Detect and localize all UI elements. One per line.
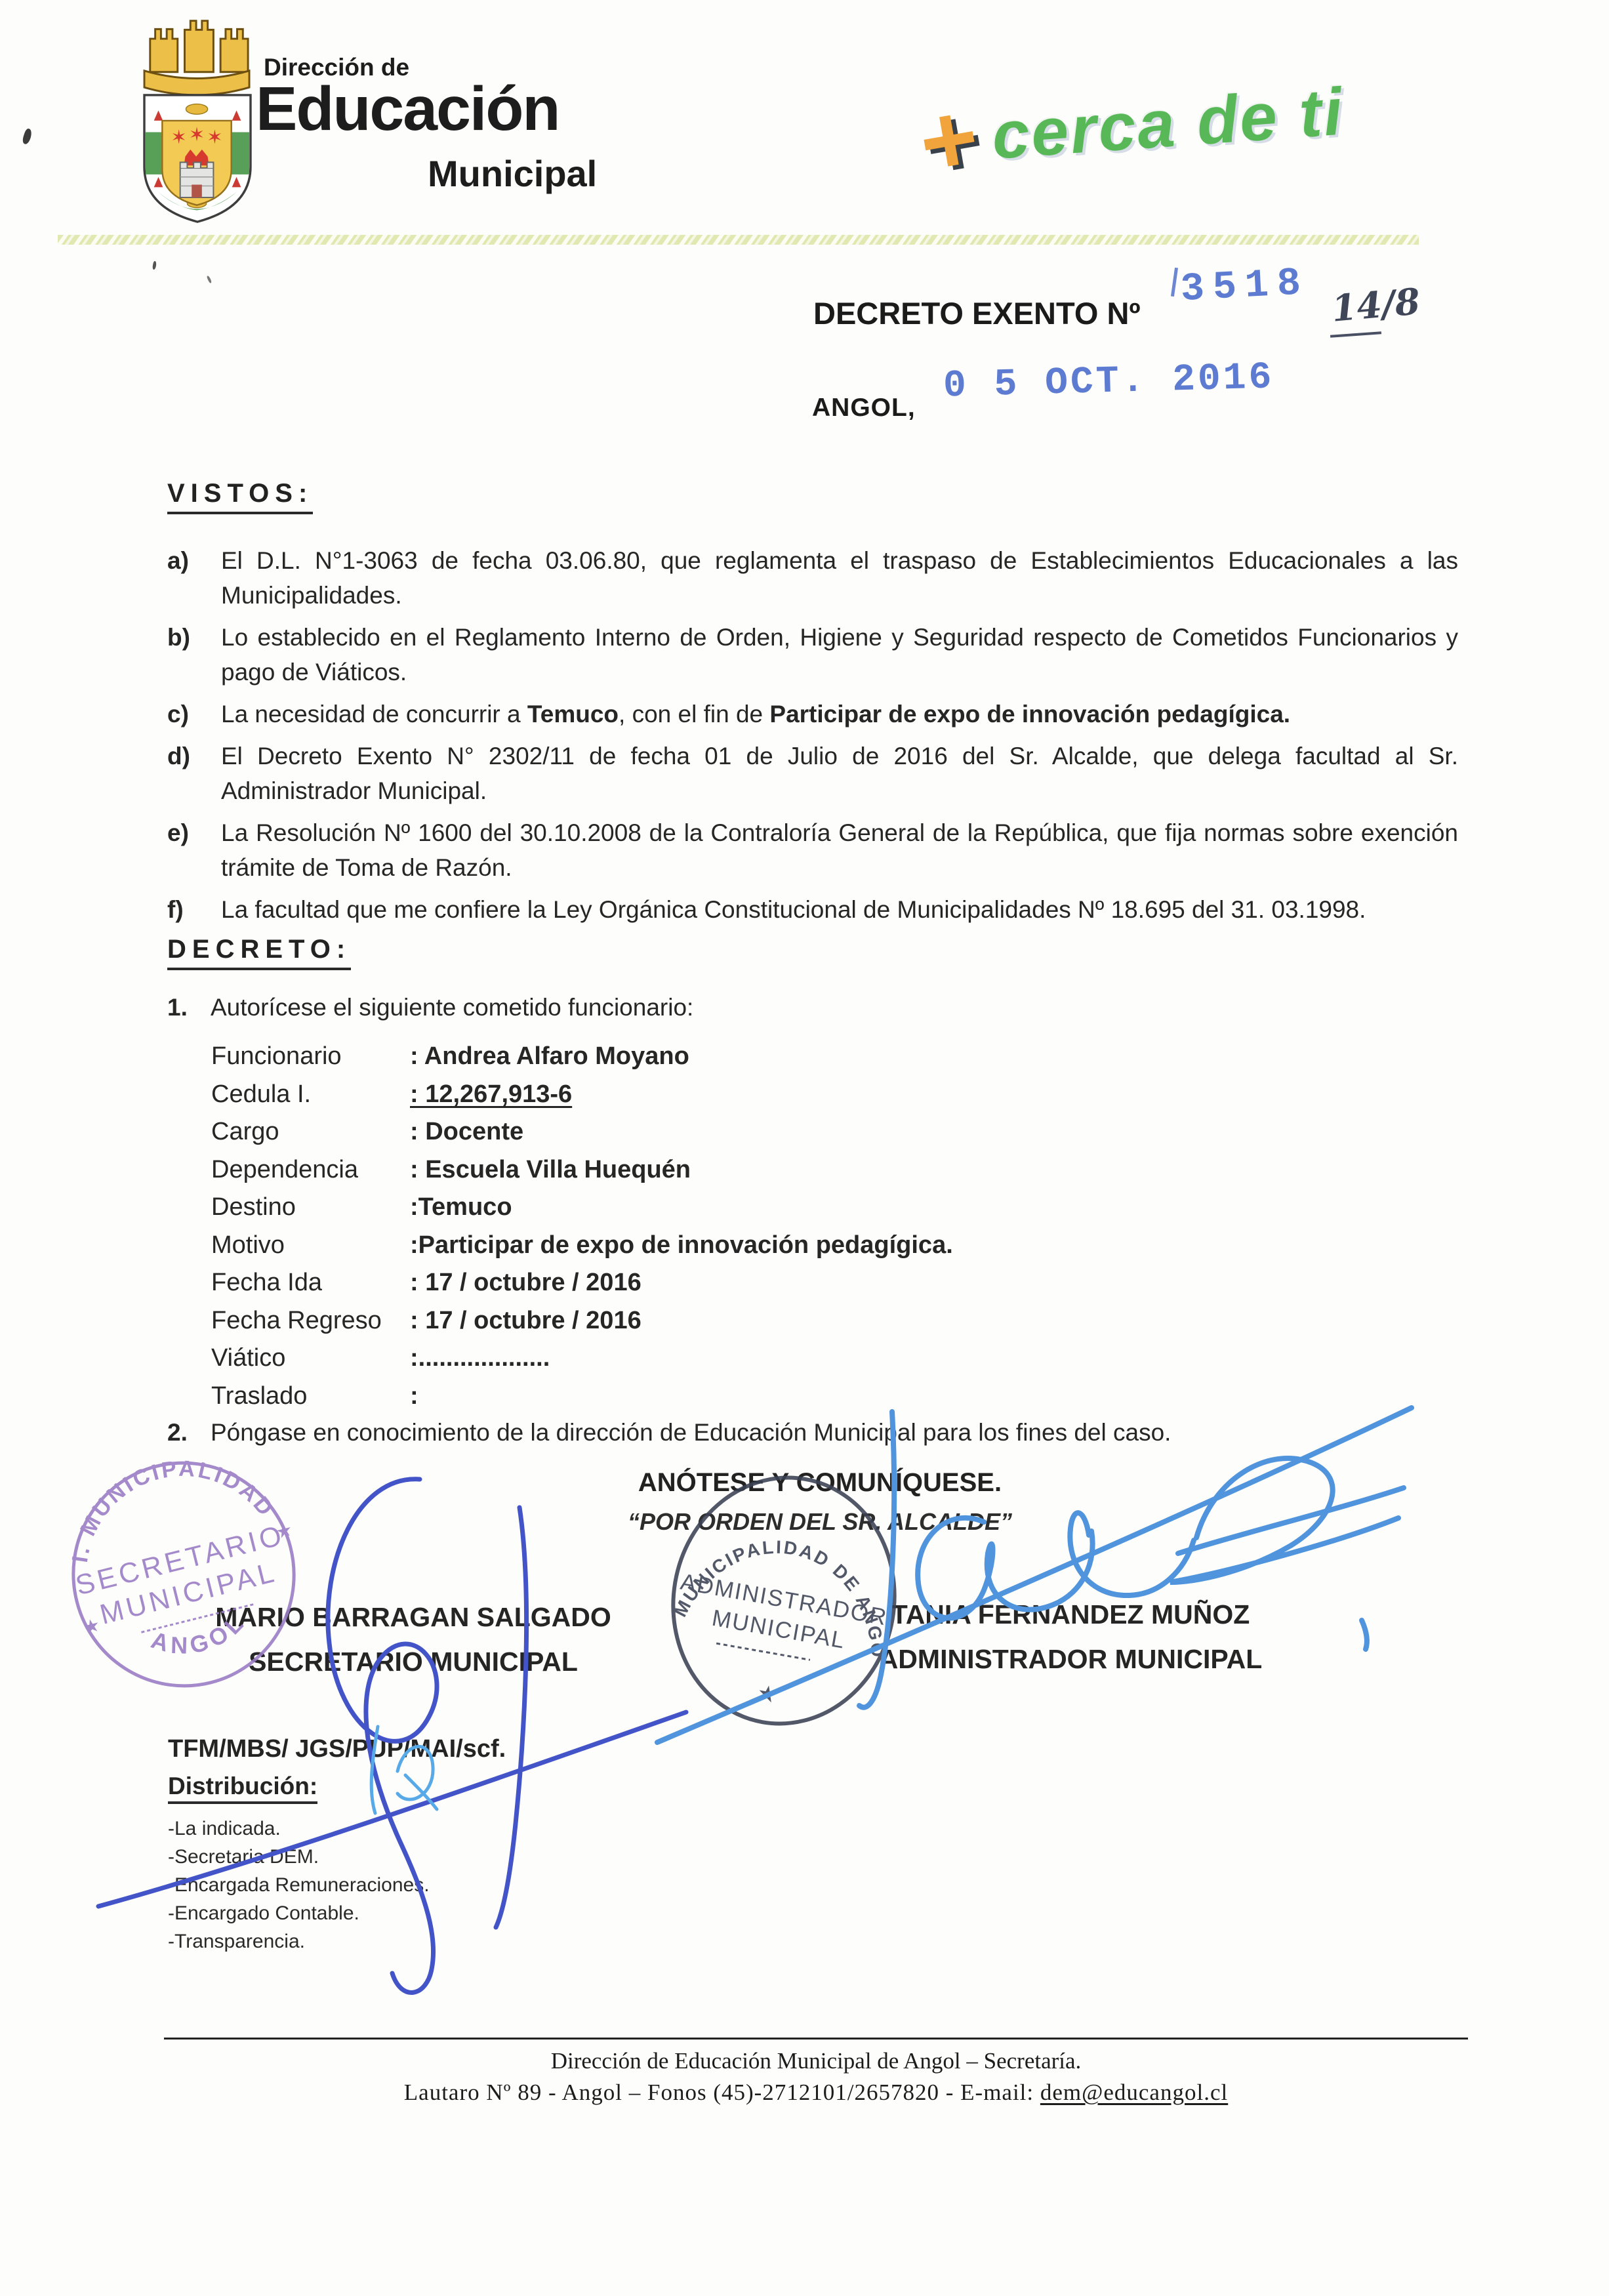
stamp-left-star-icon: ★ [81, 1614, 102, 1639]
por-orden-line: “POR ORDEN DEL SR. ALCALDE” [617, 1508, 1023, 1536]
detail-row: Fecha Ida: 17 / octubre / 2016 [211, 1264, 1195, 1302]
vistos-item: d)El Decreto Exento N° 2302/11 de fecha … [167, 739, 1458, 808]
crest-castle [180, 162, 214, 197]
vistos-list: a)El D.L. N°1-3063 de fecha 03.06.80, qu… [167, 543, 1458, 934]
date-stamp: 0 5 OCT. 2016 [943, 356, 1274, 407]
detail-label: Cedula I. [211, 1076, 410, 1114]
signer-name-left: MARIO BARRAGAN SALGADO [210, 1602, 617, 1632]
detail-label: Dependencia [211, 1151, 410, 1189]
logo-text-line3: Municipal [428, 152, 597, 195]
vistos-item-text: El D.L. N°1-3063 de fecha 03.06.80, que … [221, 543, 1458, 613]
ink-speck [22, 128, 33, 145]
vistos-item-text: Lo establecido en el Reglamento Interno … [221, 620, 1458, 689]
detail-value: :................... [410, 1340, 1195, 1378]
detail-label: Funcionario [211, 1038, 410, 1076]
decree-title: DECRETO EXENTO Nº [813, 295, 1141, 331]
detail-label: Fecha Ida [211, 1264, 410, 1302]
vistos-item-text: La Resolución Nº 1600 del 30.10.2008 de … [221, 815, 1458, 885]
decreto-item-1: 1. Autorícese el siguiente cometido func… [167, 991, 1463, 1025]
detail-row: Fecha Regreso: 17 / octubre / 2016 [211, 1302, 1195, 1340]
slogan-cerca-de-ti: + cerca de ti [917, 63, 1348, 191]
detail-label: Viático [211, 1340, 410, 1378]
detail-row: Cargo: Docente [211, 1113, 1195, 1151]
stamp-stray-mark [1171, 268, 1178, 297]
green-wave-divider [58, 235, 1419, 245]
detail-row: Destino:Temuco [211, 1189, 1195, 1227]
shield-icon: ✶✶✶ [144, 95, 251, 222]
footer-address: Lautaro Nº 89 - Angol – Fonos (45)-27121… [404, 2080, 1040, 2105]
detail-rows: Funcionario: Andrea Alfaro MoyanoCedula … [211, 1038, 1195, 1415]
crest-stars: ✶✶✶ [171, 123, 222, 148]
plus-icon: + [912, 86, 985, 193]
vistos-item-text: La facultad que me confiere la Ley Orgán… [221, 892, 1458, 927]
crown-icon [144, 21, 249, 95]
ink-speck [152, 261, 157, 270]
vistos-item-label: a) [167, 543, 221, 613]
vistos-item-label: c) [167, 697, 221, 731]
vistos-item: b)Lo establecido en el Reglamento Intern… [167, 620, 1458, 689]
detail-row: Funcionario: Andrea Alfaro Moyano [211, 1038, 1195, 1076]
detail-value: : 17 / octubre / 2016 [410, 1302, 1195, 1340]
footer-email: dem@educangol.cl [1040, 2080, 1228, 2105]
decreto-item-2: 2. Póngase en conocimiento de la direcci… [167, 1416, 1463, 1450]
distribution-item: -Encargada Remuneraciones. [168, 1871, 430, 1899]
vistos-item-text: El Decreto Exento N° 2302/11 de fecha 01… [221, 739, 1458, 808]
municipal-crest-logo: ✶✶✶ [119, 13, 275, 224]
decree-number-handwritten: 14/8 [1330, 279, 1421, 330]
detail-label: Cargo [211, 1113, 410, 1151]
vistos-item: a)El D.L. N°1-3063 de fecha 03.06.80, qu… [167, 543, 1458, 613]
detail-row: Dependencia: Escuela Villa Huequén [211, 1151, 1195, 1189]
signature-ink-right [657, 1408, 1412, 1742]
detail-label: Fecha Regreso [211, 1302, 410, 1340]
footer-divider [164, 2038, 1468, 2040]
stamp-center-star-icon: ★ [755, 1679, 779, 1709]
initials-line: TFM/MBS/ JGS/PUP/MAI/scf. [168, 1735, 506, 1763]
distribution-item: -La indicada. [168, 1814, 430, 1843]
vistos-item: c)La necesidad de concurrir a Temuco, co… [167, 697, 1458, 731]
scanned-decree-page: ✶✶✶ Dirección de Educación Municipal + c… [0, 0, 1609, 2296]
detail-label: Destino [211, 1189, 410, 1227]
decreto-item-2-number: 2. [167, 1416, 211, 1450]
signer-name-right: TANIA FERNANDEZ MUÑOZ [847, 1599, 1293, 1630]
footer-line1: Dirección de Educación Municipal de Ango… [164, 2048, 1468, 2074]
distribution-item: -Transparencia. [168, 1927, 430, 1956]
svg-text:✶: ✶ [207, 126, 223, 148]
vistos-item: e)La Resolución Nº 1600 del 30.10.2008 d… [167, 815, 1458, 885]
detail-value: : Escuela Villa Huequén [410, 1151, 1195, 1189]
decreto-item-1-text: Autorícese el siguiente cometido funcion… [211, 991, 1463, 1025]
detail-label: Motivo [211, 1227, 410, 1265]
svg-text:✶: ✶ [171, 126, 187, 148]
detail-row: Viático:................... [211, 1340, 1195, 1378]
detail-row: Traslado: [211, 1378, 1195, 1416]
stamp-center-line2: MUNICIPAL [710, 1605, 847, 1654]
detail-row: Cedula I.: 12,267,913-6 [211, 1076, 1195, 1114]
slogan-text: cerca de ti [989, 72, 1347, 175]
vistos-item-text: La necesidad de concurrir a Temuco, con … [221, 697, 1458, 731]
place-label: ANGOL, [812, 394, 916, 422]
decreto-heading: DECRETO: [167, 935, 351, 970]
detail-value: : 17 / octubre / 2016 [410, 1264, 1195, 1302]
distribution-item: -Secretaria DEM. [168, 1843, 430, 1871]
decree-number-stamp: 3518 [1179, 261, 1310, 312]
anotese-line: ANÓTESE Y COMUNÍQUESE. [617, 1468, 1023, 1498]
handwritten-underline [1330, 331, 1381, 337]
signature-block-right: TANIA FERNANDEZ MUÑOZ ADMINISTRADOR MUNI… [847, 1599, 1293, 1674]
vistos-heading: VISTOS: [167, 479, 313, 514]
signature-block-left: MARIO BARRAGAN SALGADO SECRETARIO MUNICI… [210, 1602, 617, 1677]
vistos-item-label: b) [167, 620, 221, 689]
vistos-item-label: d) [167, 739, 221, 808]
vistos-item: f)La facultad que me confiere la Ley Org… [167, 892, 1458, 927]
ink-speck [207, 276, 213, 284]
detail-value: : [410, 1378, 1195, 1416]
distribution-item: -Encargado Contable. [168, 1899, 430, 1927]
signer-title-left: SECRETARIO MUNICIPAL [210, 1647, 617, 1677]
stamp-left-center1: SECRETARIO [73, 1519, 288, 1602]
detail-value: :Participar de expo de innovación pedagí… [410, 1227, 1195, 1265]
detail-value: : 12,267,913-6 [410, 1076, 1195, 1114]
detail-row: Motivo:Participar de expo de innovación … [211, 1227, 1195, 1265]
detail-value: : Andrea Alfaro Moyano [410, 1038, 1195, 1076]
logo-text-line2: Educación [256, 73, 559, 145]
stamp-left-star-icon: ★ [274, 1518, 295, 1543]
detail-value: :Temuco [410, 1189, 1195, 1227]
decreto-item-2-text: Póngase en conocimiento de la dirección … [211, 1416, 1463, 1450]
vistos-item-label: e) [167, 815, 221, 885]
decreto-item-1-number: 1. [167, 991, 211, 1025]
distribution-heading: Distribución: [168, 1773, 317, 1804]
distribution-list: -La indicada.-Secretaria DEM.-Encargada … [168, 1814, 430, 1956]
svg-text:✶: ✶ [189, 123, 205, 146]
signer-title-right: ADMINISTRADOR MUNICIPAL [847, 1644, 1293, 1674]
closing-block: ANÓTESE Y COMUNÍQUESE. “POR ORDEN DEL SR… [617, 1468, 1023, 1536]
vistos-item-label: f) [167, 892, 221, 927]
stamp-left-ring-top: I. MUNICIPALIDAD [49, 1433, 282, 1570]
detail-label: Traslado [211, 1378, 410, 1416]
detail-value: : Docente [410, 1113, 1195, 1151]
svg-text:I. MUNICIPALIDAD: I. MUNICIPALIDAD [49, 1433, 282, 1570]
footer-line2: Lautaro Nº 89 - Angol – Fonos (45)-27121… [164, 2080, 1468, 2106]
